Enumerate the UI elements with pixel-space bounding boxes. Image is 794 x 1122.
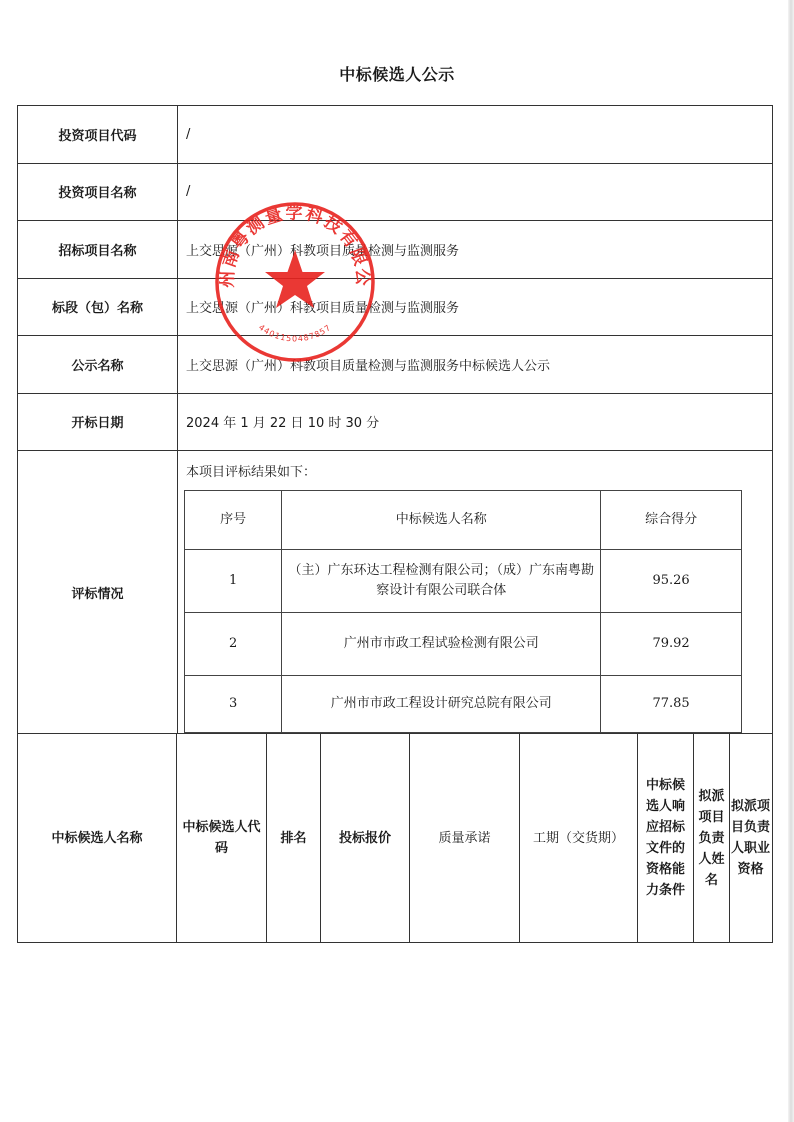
candidate-header-row: 中标候选人名称 中标候选人代码 排名 投标报价 质量承诺 工期（交货期） 中标候… <box>18 734 772 942</box>
header-duration: 工期（交货期） <box>520 734 638 942</box>
evaluation-results-table: 序号 中标候选人名称 综合得分 1 （主）广东环达工程检测有限公司；（成）广东南… <box>184 490 742 733</box>
row-value: / <box>178 106 772 163</box>
result-no: 3 <box>185 676 282 733</box>
result-score: 79.92 <box>601 613 742 676</box>
row-value: 上交思源（广州）科教项目质量检测与监测服务 <box>178 221 772 278</box>
info-row-investment-name: 投资项目名称 / <box>18 164 772 222</box>
evaluation-content: 本项目评标结果如下： 序号 中标候选人名称 综合得分 1 （主）广东环达工程检测… <box>178 451 772 733</box>
header-pm-qualification: 拟派项目负责人职业资格 <box>730 734 771 942</box>
info-row-bid-opening-date: 开标日期 2024 年 1 月 22 日 10 时 30 分 <box>18 394 772 452</box>
row-label: 开标日期 <box>18 394 178 451</box>
header-quality-commitment: 质量承诺 <box>410 734 520 942</box>
result-name: （主）广东环达工程检测有限公司；（成）广东南粤勘察设计有限公司联合体 <box>282 550 601 613</box>
header-bid-price: 投标报价 <box>321 734 410 942</box>
table-row: 3 广州市市政工程设计研究总院有限公司 77.85 <box>185 676 742 733</box>
scan-edge <box>788 0 794 1122</box>
header-no: 序号 <box>185 491 282 550</box>
row-label: 标段（包）名称 <box>18 279 178 336</box>
table-row: 1 （主）广东环达工程检测有限公司；（成）广东南粤勘察设计有限公司联合体 95.… <box>185 550 742 613</box>
row-label: 公示名称 <box>18 336 178 393</box>
info-row-investment-code: 投资项目代码 / <box>18 106 772 164</box>
row-value: 上交思源（广州）科教项目质量检测与监测服务 <box>178 279 772 336</box>
result-score: 95.26 <box>601 550 742 613</box>
evaluation-label: 评标情况 <box>18 451 178 733</box>
header-candidate-name: 中标候选人名称 <box>282 491 601 550</box>
evaluation-intro: 本项目评标结果如下： <box>186 461 316 480</box>
row-label: 招标项目名称 <box>18 221 178 278</box>
row-label: 投资项目代码 <box>18 106 178 163</box>
header-candidate-code: 中标候选人代码 <box>177 734 267 942</box>
row-value: 上交思源（广州）科教项目质量检测与监测服务中标候选人公示 <box>178 336 772 393</box>
table-row: 2 广州市市政工程试验检测有限公司 79.92 <box>185 613 742 676</box>
result-name: 广州市市政工程设计研究总院有限公司 <box>282 676 601 733</box>
row-value: / <box>178 164 772 221</box>
result-no: 2 <box>185 613 282 676</box>
row-label: 投资项目名称 <box>18 164 178 221</box>
result-no: 1 <box>185 550 282 613</box>
header-rank: 排名 <box>267 734 321 942</box>
page-title: 中标候选人公示 <box>0 62 794 85</box>
header-qualification-conditions: 中标候选人响应招标文件的资格能力条件 <box>638 734 694 942</box>
header-score: 综合得分 <box>601 491 742 550</box>
header-candidate-name: 中标候选人名称 <box>18 734 177 942</box>
results-header-row: 序号 中标候选人名称 综合得分 <box>185 491 742 550</box>
result-name: 广州市市政工程试验检测有限公司 <box>282 613 601 676</box>
row-value: 2024 年 1 月 22 日 10 时 30 分 <box>178 394 772 451</box>
evaluation-row: 评标情况 本项目评标结果如下： 序号 中标候选人名称 综合得分 1 （主）广东环… <box>18 451 772 734</box>
announcement-table: 投资项目代码 / 投资项目名称 / 招标项目名称 上交思源（广州）科教项目质量检… <box>17 105 773 943</box>
info-row-announcement-name: 公示名称 上交思源（广州）科教项目质量检测与监测服务中标候选人公示 <box>18 336 772 394</box>
info-row-lot-name: 标段（包）名称 上交思源（广州）科教项目质量检测与监测服务 <box>18 279 772 337</box>
result-score: 77.85 <box>601 676 742 733</box>
header-pm-name: 拟派项目负责人姓名 <box>694 734 730 942</box>
info-row-tender-project-name: 招标项目名称 上交思源（广州）科教项目质量检测与监测服务 <box>18 221 772 279</box>
